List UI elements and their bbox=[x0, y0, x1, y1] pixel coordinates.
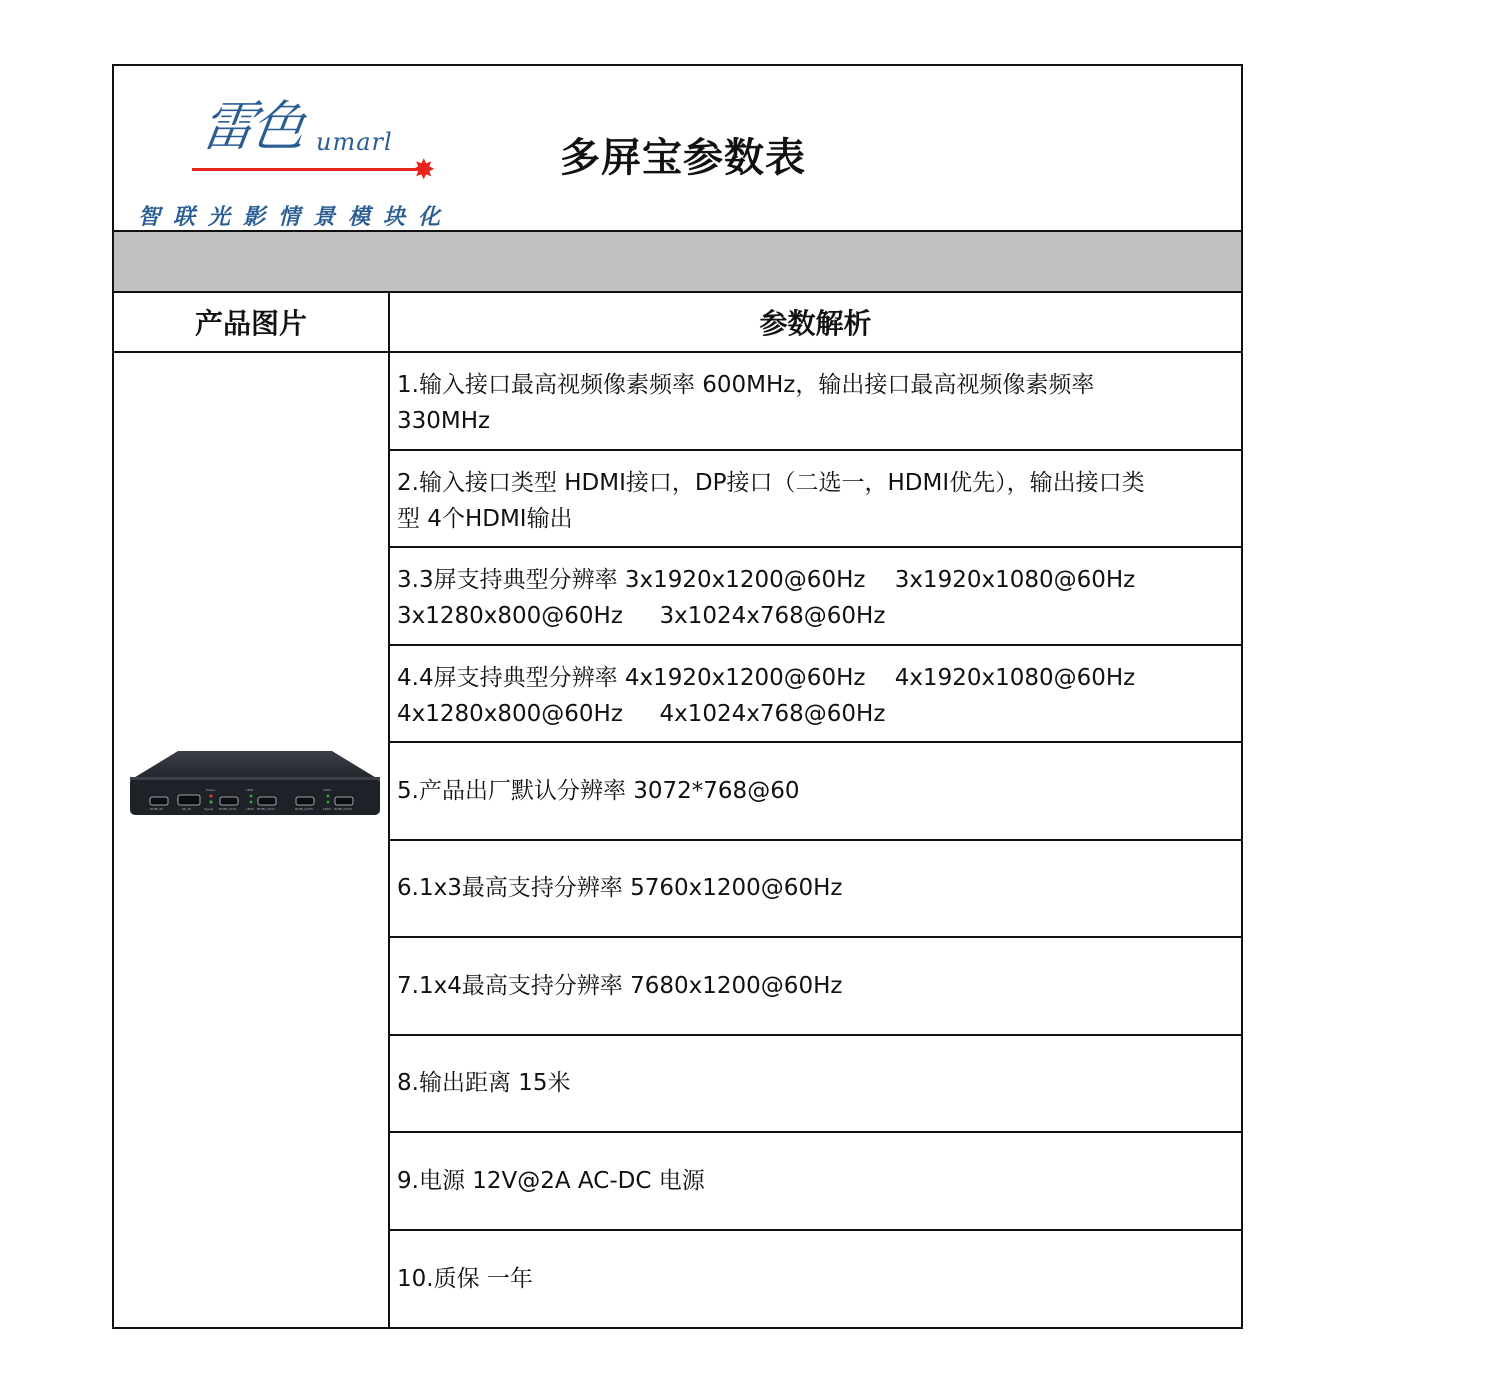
svg-text:Power: Power bbox=[206, 788, 216, 792]
param-row-7: 7.1x4最高支持分辨率 7680x1200@60Hz bbox=[390, 938, 1241, 1036]
svg-text:HDMI_IN: HDMI_IN bbox=[150, 807, 163, 811]
svg-text:HDMI_OUT2: HDMI_OUT2 bbox=[257, 807, 275, 811]
svg-text:LED2: LED2 bbox=[246, 807, 254, 811]
svg-text:Signal: Signal bbox=[204, 807, 213, 811]
column-header-params: 参数解析 bbox=[390, 293, 1241, 353]
svg-text:LED4: LED4 bbox=[323, 807, 331, 811]
logo-latin-mark: umarl bbox=[316, 128, 393, 156]
product-image-cell: HDMI_IN DP_IN Power Signal HDMI_OUT1 LED… bbox=[114, 353, 390, 1327]
svg-text:LED3: LED3 bbox=[323, 788, 331, 792]
svg-text:HDMI_OUT3: HDMI_OUT3 bbox=[295, 807, 313, 811]
param-row-8: 8.输出距离 15米 bbox=[390, 1036, 1241, 1134]
param-row-2: 2.输入接口类型 HDMI接口，DP接口（二选一，HDMI优先），输出接口类 型… bbox=[390, 451, 1241, 549]
svg-text:LED1: LED1 bbox=[246, 788, 254, 792]
brand-logo: 雷色 umarl ✸ 智联光影情景模块化 bbox=[134, 76, 474, 226]
parameter-sheet: 雷色 umarl ✸ 智联光影情景模块化 多屏宝参数表 产品图片 参数解析 bbox=[112, 64, 1243, 1329]
sheet-header: 雷色 umarl ✸ 智联光影情景模块化 多屏宝参数表 bbox=[114, 66, 1241, 232]
param-row-10: 10.质保 一年 bbox=[390, 1231, 1241, 1329]
logo-chinese-mark: 雷色 bbox=[197, 84, 308, 161]
param-row-5: 5.产品出厂默认分辨率 3072*768@60 bbox=[390, 743, 1241, 841]
param-row-4: 4.4屏支持典型分辨率 4x1920x1200@60Hz 4x1920x1080… bbox=[390, 646, 1241, 744]
svg-text:HDMI_OUT4: HDMI_OUT4 bbox=[334, 807, 352, 811]
svg-text:HDMI_OUT1: HDMI_OUT1 bbox=[219, 807, 237, 811]
param-row-1: 1.输入接口最高视频像素频率 600MHz，输出接口最高视频像素频率 330MH… bbox=[390, 353, 1241, 451]
svg-text:DP_IN: DP_IN bbox=[182, 807, 191, 811]
param-row-9: 9.电源 12V@2A AC-DC 电源 bbox=[390, 1133, 1241, 1231]
product-device-image: HDMI_IN DP_IN Power Signal HDMI_OUT1 LED… bbox=[128, 749, 382, 817]
page-title: 多屏宝参数表 bbox=[560, 126, 806, 183]
grey-separator-band bbox=[114, 232, 1241, 293]
param-row-6: 6.1x3最高支持分辨率 5760x1200@60Hz bbox=[390, 841, 1241, 939]
logo-slogan: 智联光影情景模块化 bbox=[138, 200, 453, 231]
parameter-list: 1.输入接口最高视频像素频率 600MHz，输出接口最高视频像素频率 330MH… bbox=[390, 353, 1241, 1327]
column-header-image: 产品图片 bbox=[114, 293, 390, 353]
logo-laser-line bbox=[192, 168, 417, 171]
laser-star-icon: ✸ bbox=[412, 156, 435, 184]
param-row-3: 3.3屏支持典型分辨率 3x1920x1200@60Hz 3x1920x1080… bbox=[390, 548, 1241, 646]
